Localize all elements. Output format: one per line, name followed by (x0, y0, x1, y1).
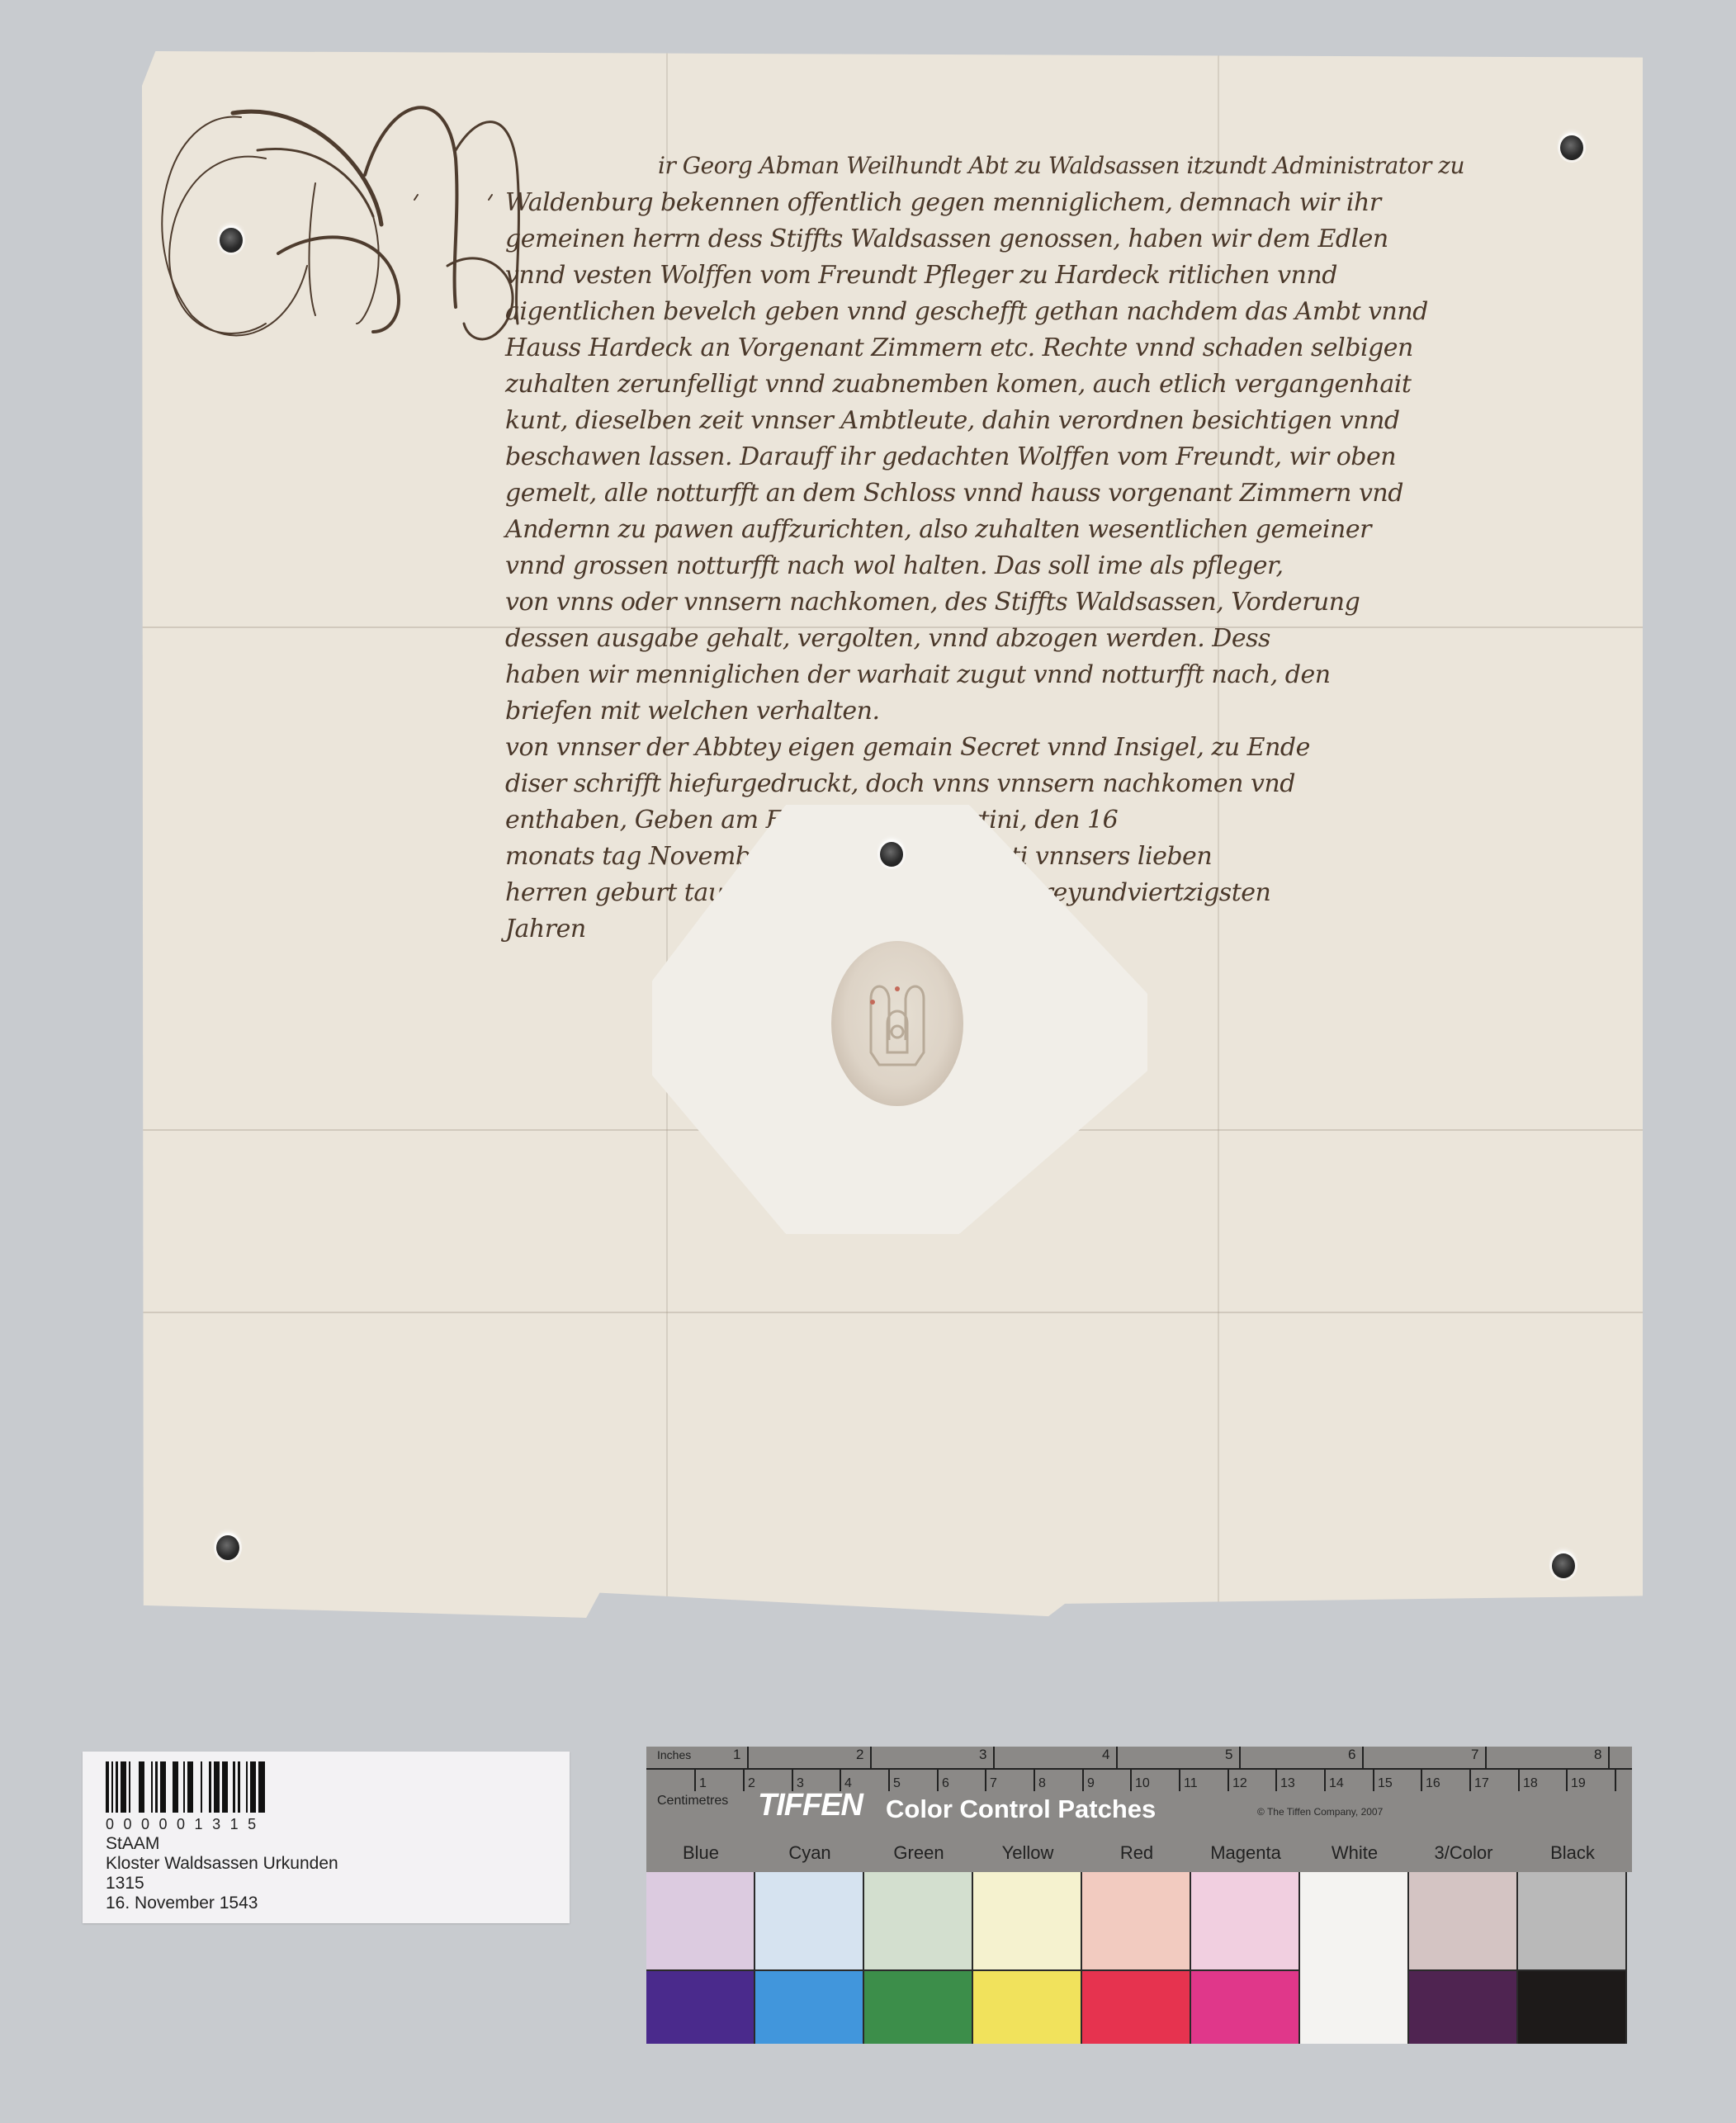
punched-hole (216, 1535, 239, 1560)
centimetres-label: Centimetres (657, 1794, 728, 1809)
patch-dark-magenta (1191, 1969, 1300, 2044)
card-title: Color Control Patches (886, 1794, 1156, 1824)
cm-mark: 11 (1184, 1776, 1198, 1791)
script-line: Hauss Hardeck an Vorgenant Zimmern etc. … (505, 333, 1413, 362)
patch-light-red (1082, 1872, 1191, 1969)
patch-light-blue (646, 1872, 755, 1969)
color-control-card: Inches Centimetres 1 2 3 4 5 6 7 8 (646, 1747, 1632, 2044)
patch-label-blue: Blue (646, 1842, 755, 1864)
inch-mark: 4 (1102, 1747, 1109, 1763)
ruler-header: Inches Centimetres 1 2 3 4 5 6 7 8 (646, 1747, 1632, 1872)
inch-mark: 7 (1471, 1747, 1478, 1763)
decorated-initial-icon (142, 76, 530, 357)
inch-mark: 5 (1225, 1747, 1232, 1763)
script-line: dessen ausgabe gehalt, vergolten, vnnd a… (505, 624, 1270, 653)
cm-mark: 17 (1474, 1776, 1489, 1791)
cm-mark: 5 (893, 1776, 901, 1791)
cm-mark: 12 (1232, 1776, 1247, 1791)
seal-emblem-icon (863, 974, 932, 1073)
script-line: beschawen lassen. Darauff ihr gedachten … (505, 442, 1396, 471)
cm-mark: 1 (699, 1776, 707, 1791)
inch-mark: 8 (1594, 1747, 1601, 1763)
cm-mark: 13 (1280, 1776, 1295, 1791)
script-line: diser schrifft hiefurgedruckt, doch vnns… (505, 769, 1295, 798)
barcode-number: 000001315 (106, 1816, 266, 1833)
patch-light-3color (1409, 1872, 1518, 1969)
patch-label-green: Green (864, 1842, 973, 1864)
patch-label-yellow: Yellow (973, 1842, 1082, 1864)
cm-mark: 18 (1523, 1776, 1538, 1791)
patch-dark-yellow (973, 1969, 1082, 2044)
cm-mark: 2 (748, 1776, 755, 1791)
copyright-text: © The Tiffen Company, 2007 (1257, 1806, 1383, 1818)
wax-seal (831, 941, 963, 1106)
script-line: zuhalten zerunfelligt vnnd zuabnemben ko… (505, 370, 1411, 399)
patch-label-red: Red (1082, 1842, 1191, 1864)
inch-mark: 3 (979, 1747, 986, 1763)
document-number: 1315 (106, 1874, 144, 1894)
patch-light-yellow (973, 1872, 1082, 1969)
cm-mark: 7 (990, 1776, 997, 1791)
script-line: vnnd grossen notturfft nach wol halten. … (505, 551, 1284, 580)
cm-mark: 14 (1329, 1776, 1344, 1791)
script-line: Andernn zu pawen auffzurichten, also zuh… (505, 515, 1371, 544)
punched-hole (1552, 1553, 1575, 1578)
script-line: von vnns oder vnnsern nachkomen, des Sti… (505, 588, 1360, 617)
script-line: Waldenburg bekennen offentlich gegen men… (505, 188, 1381, 217)
patch-label-black: Black (1518, 1842, 1627, 1864)
cm-mark: 15 (1378, 1776, 1393, 1791)
inches-label: Inches (657, 1748, 691, 1761)
patch-dark-black (1518, 1969, 1627, 2044)
patch-label-white: White (1300, 1842, 1409, 1864)
script-line: gemeinen herrn dess Stiffts Waldsassen g… (505, 225, 1388, 253)
script-line: von vnnser der Abbtey eigen gemain Secre… (505, 733, 1310, 762)
archive-label: 000001315 StAAM Kloster Waldsassen Urkun… (83, 1752, 570, 1923)
patch-label-3color: 3/Color (1409, 1842, 1518, 1864)
patch-light-white (1300, 1872, 1409, 2044)
inch-mark: 2 (856, 1747, 863, 1763)
cm-mark: 9 (1087, 1776, 1095, 1791)
punched-hole (880, 842, 903, 867)
patch-dark-green (864, 1969, 973, 2044)
document-date: 16. November 1543 (106, 1894, 258, 1913)
barcode (106, 1761, 267, 1813)
archive-name: StAAM (106, 1834, 159, 1854)
punched-hole (220, 228, 243, 253)
cm-mark: 6 (942, 1776, 949, 1791)
handwritten-text: ir Georg Abman Weilhundt Abt zu Waldsass… (505, 152, 1611, 944)
punched-hole (1560, 135, 1583, 160)
patch-label-magenta: Magenta (1191, 1842, 1300, 1864)
script-line: haben wir menniglichen der warhait zugut… (505, 660, 1331, 689)
patch-light-magenta (1191, 1872, 1300, 1969)
ruler-baseline (646, 1768, 1632, 1770)
patch-dark-red (1082, 1969, 1191, 2044)
script-line: kunt, dieselben zeit vnnser Ambtleute, d… (505, 406, 1400, 435)
script-line: aigentlichen bevelch geben vnnd gescheff… (505, 297, 1428, 326)
fold-line (142, 1312, 1643, 1313)
cm-mark: 16 (1426, 1776, 1440, 1791)
inch-mark: 1 (733, 1747, 740, 1763)
script-line: ir Georg Abman Weilhundt Abt zu Waldsass… (658, 152, 1464, 179)
patch-light-green (864, 1872, 973, 1969)
patch-light-black (1518, 1872, 1627, 1969)
patch-dark-blue (646, 1969, 755, 2044)
cm-mark: 10 (1135, 1776, 1150, 1791)
patch-dark-cyan (755, 1969, 864, 2044)
cm-mark: 8 (1038, 1776, 1046, 1791)
script-line: Jahren (505, 915, 586, 943)
script-line: vnnd vesten Wolffen vom Freundt Pfleger … (505, 261, 1337, 290)
script-line: gemelt, alle notturfft an dem Schloss vn… (505, 479, 1403, 508)
tiffen-logo: TIFFEN (758, 1788, 863, 1823)
inch-mark: 6 (1348, 1747, 1355, 1763)
patch-light-cyan (755, 1872, 864, 1969)
patch-label-cyan: Cyan (755, 1842, 864, 1864)
cm-mark: 19 (1571, 1776, 1586, 1791)
collection-name: Kloster Waldsassen Urkunden (106, 1854, 338, 1874)
patch-dark-3color (1409, 1969, 1518, 2044)
script-line: briefen mit welchen verhalten. (505, 697, 880, 726)
